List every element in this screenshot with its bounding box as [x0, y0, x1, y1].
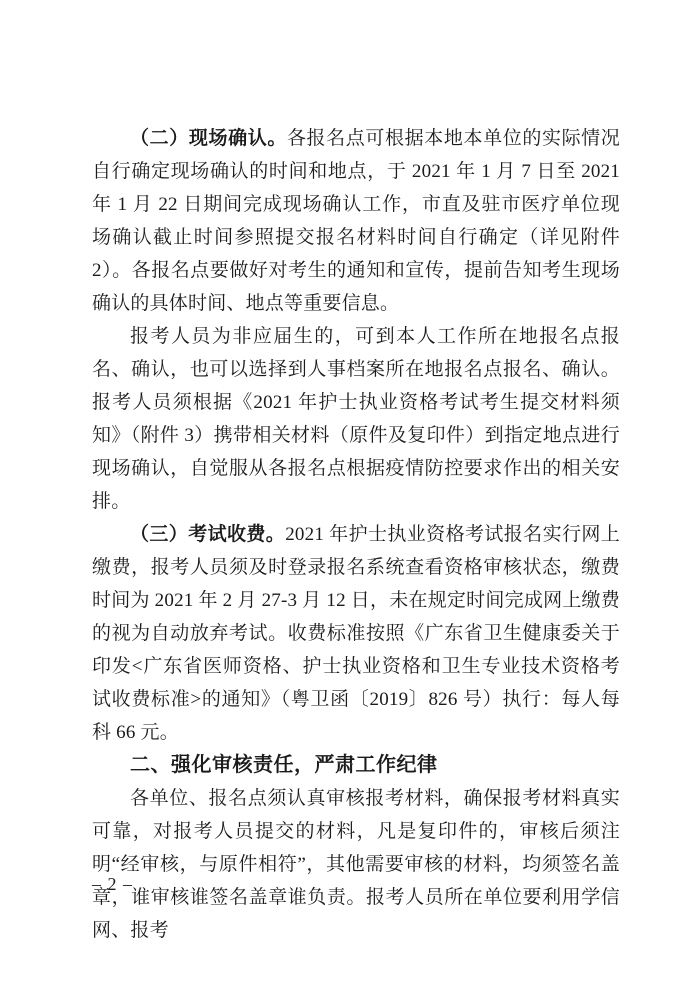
paragraph-exam-fee: （三）考试收费。2021 年护士执业资格考试报名实行网上缴费，报考人员须及时登录… — [92, 518, 620, 749]
page-number: – 2 – — [92, 872, 133, 896]
paragraph-non-fresh-graduates-text: 报考人员为非应届生的，可到本人工作所在地报名点报名、确认，也可以选择到人事档案所… — [92, 326, 620, 512]
document-body: （二）现场确认。各报名点可根据本地本单位的实际情况自行确定现场确认的时间和地点，… — [92, 122, 620, 947]
paragraph-non-fresh-graduates: 报考人员为非应届生的，可到本人工作所在地报名点报名、确认，也可以选择到人事档案所… — [92, 320, 620, 518]
paragraph-onsite-confirmation-lead: （二）现场确认。 — [130, 128, 287, 149]
paragraph-onsite-confirmation-text: 各报名点可根据本地本单位的实际情况自行确定现场确认的时间和地点，于 2021 年… — [92, 128, 620, 314]
paragraph-exam-fee-lead: （三）考试收费。 — [130, 524, 285, 545]
paragraph-exam-fee-text: 2021 年护士执业资格考试报名实行网上缴费，报考人员须及时登录报名系统查看资格… — [92, 524, 620, 743]
paragraph-review-responsibility-text: 各单位、报名点须认真审核报考材料，确保报考材料真实可靠，对报考人员提交的材料，凡… — [92, 788, 620, 941]
section-heading-review-responsibility: 二、强化审核责任，严肃工作纪律 — [92, 749, 620, 782]
document-page: （二）现场确认。各报名点可根据本地本单位的实际情况自行确定现场确认的时间和地点，… — [0, 0, 700, 990]
paragraph-review-responsibility: 各单位、报名点须认真审核报考材料，确保报考材料真实可靠，对报考人员提交的材料，凡… — [92, 782, 620, 947]
paragraph-onsite-confirmation: （二）现场确认。各报名点可根据本地本单位的实际情况自行确定现场确认的时间和地点，… — [92, 122, 620, 320]
